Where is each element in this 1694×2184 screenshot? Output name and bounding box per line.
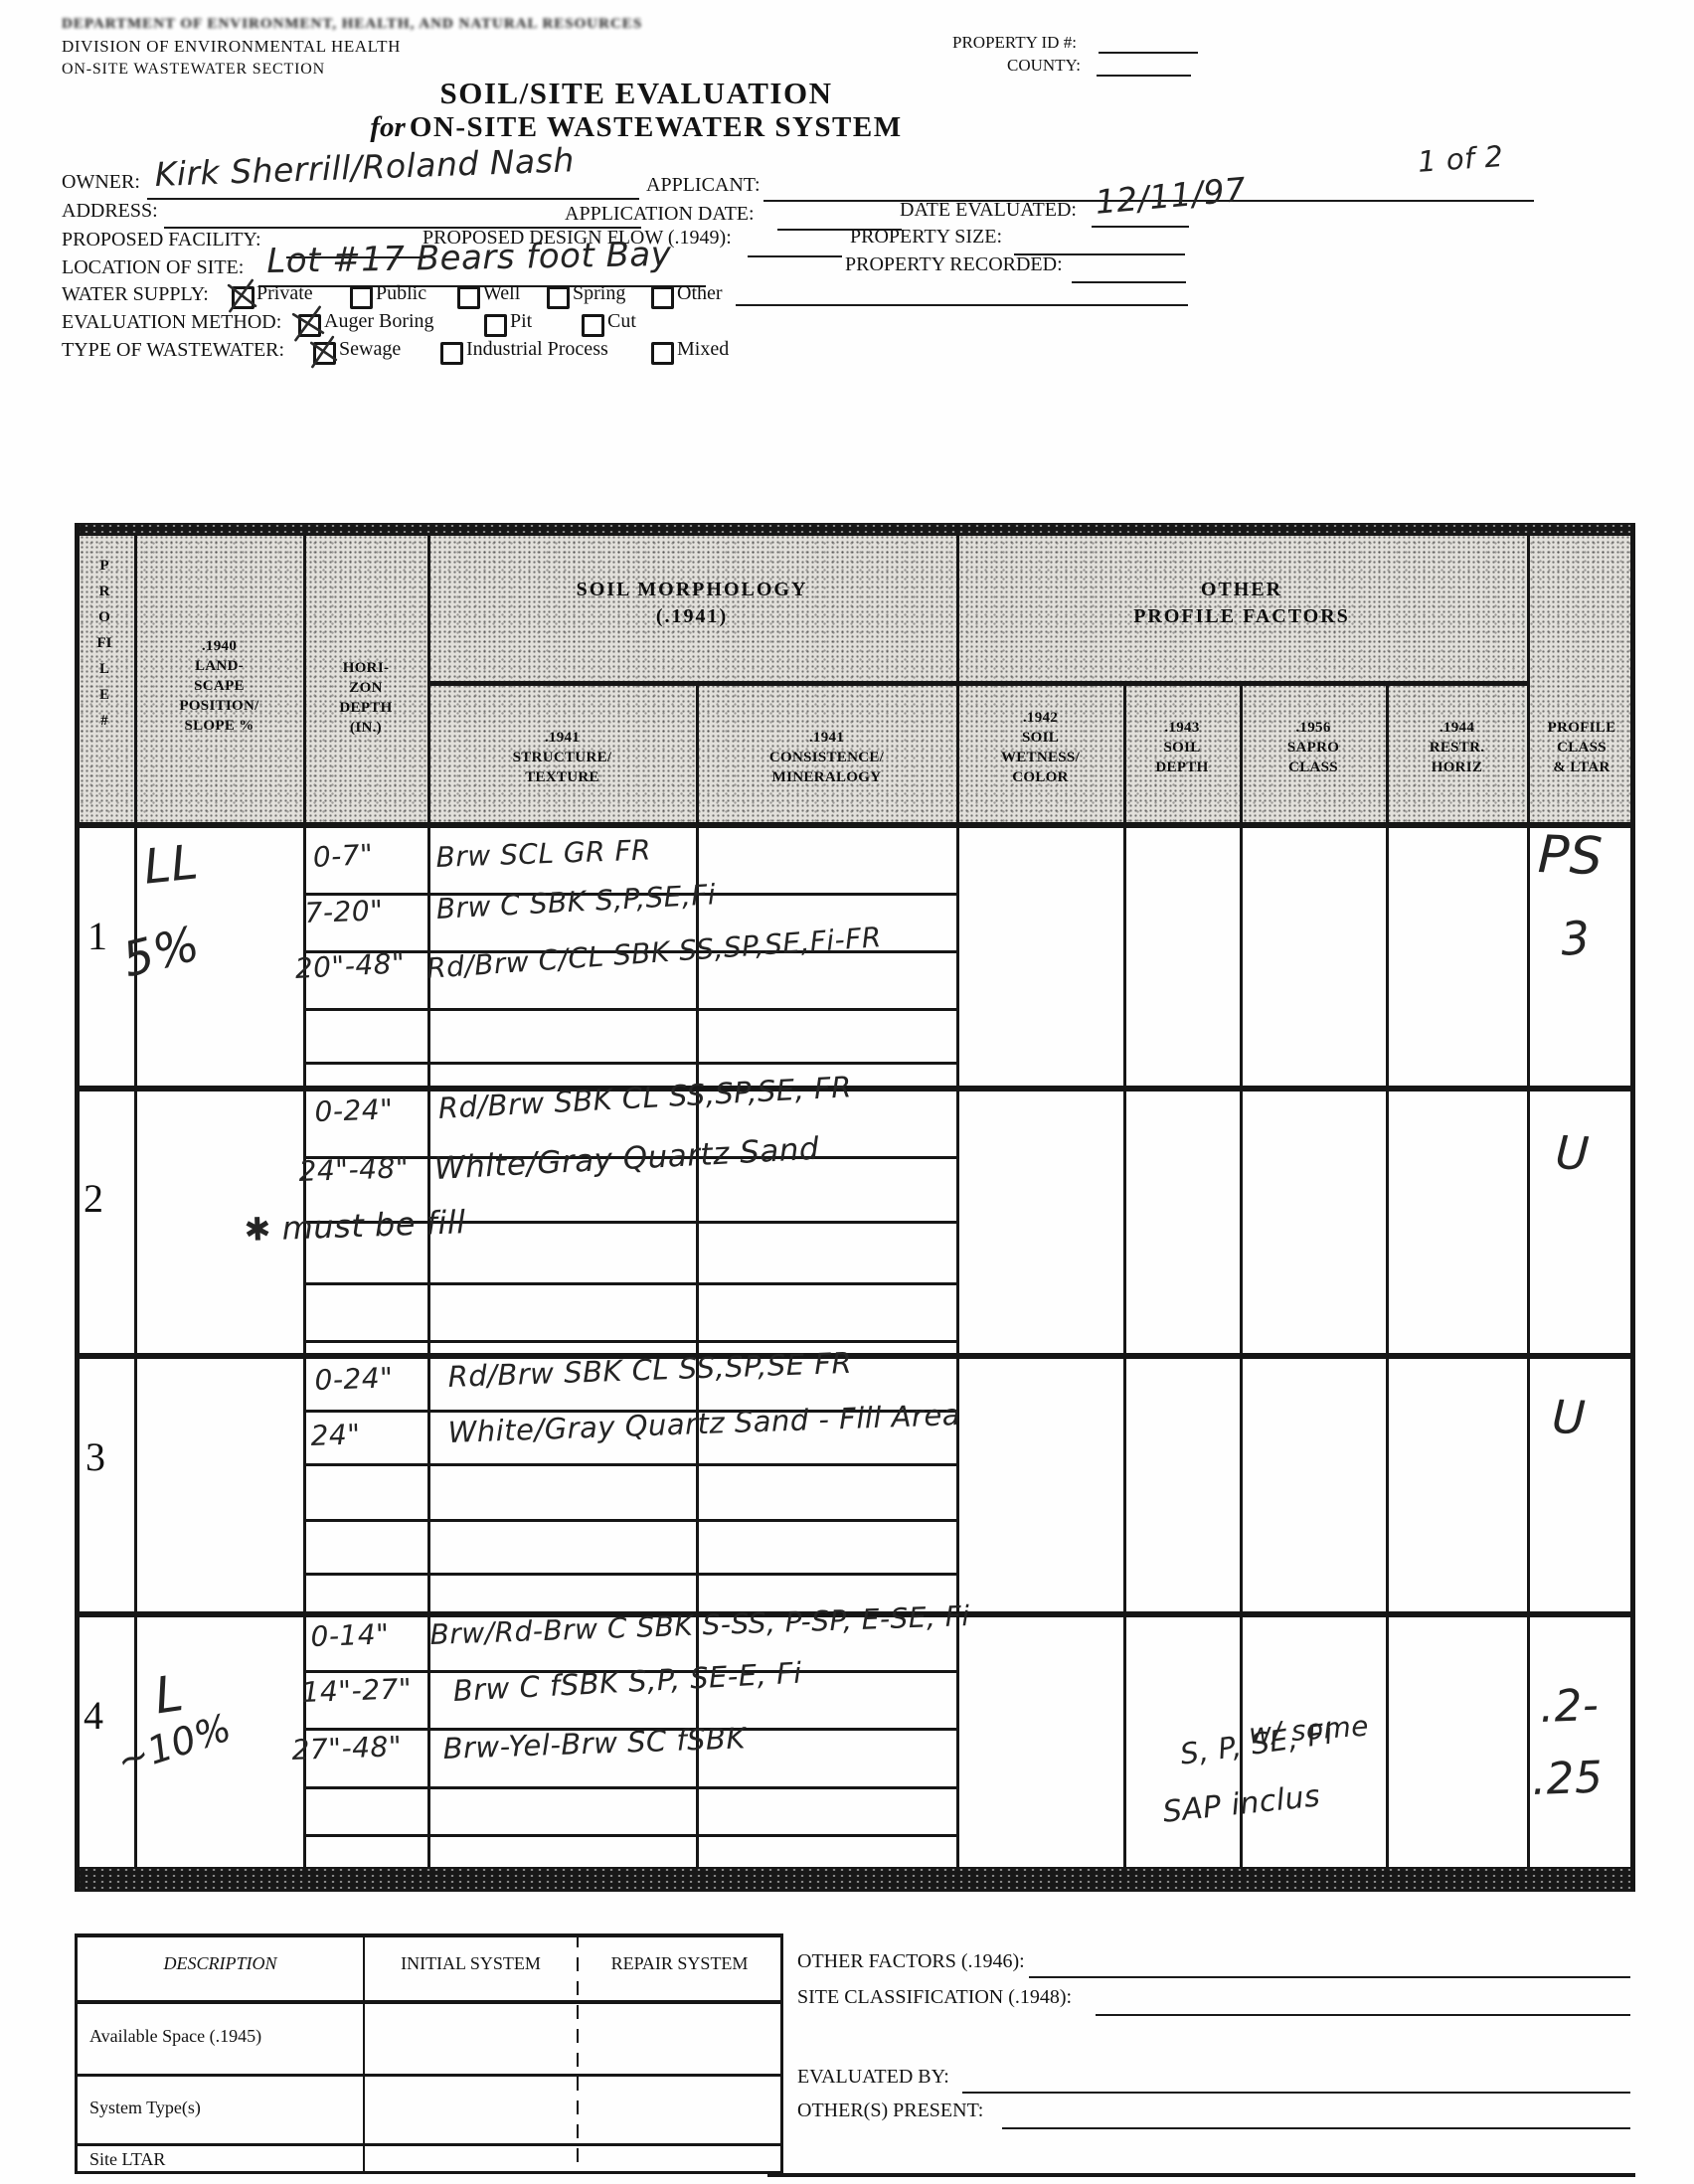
owner-label: OWNER:	[62, 171, 140, 194]
handwritten-soil-note: Brw C SBK S,P,SE,Fi	[435, 878, 717, 925]
grid-line	[303, 1573, 959, 1576]
owner-line[interactable]	[147, 198, 639, 200]
property-recorded-label: PROPERTY RECORDED:	[845, 253, 1063, 276]
location-label: LOCATION OF SITE:	[62, 256, 244, 279]
design-flow-line[interactable]	[748, 255, 842, 257]
division-line: DIVISION OF ENVIRONMENTAL HEALTH	[62, 37, 401, 57]
property-size-label: PROPERTY SIZE:	[850, 226, 1002, 249]
location-line[interactable]	[258, 285, 706, 287]
applicant-label: APPLICANT:	[646, 174, 761, 197]
wastewater-type-label: TYPE OF WASTEWATER:	[62, 339, 284, 362]
form-subtitle: for ON-SITE WASTEWATER SYSTEM	[328, 111, 944, 144]
handwritten-profile-class: U	[1551, 1390, 1587, 1444]
evaluation-method-auger-label: Auger Boring	[324, 310, 434, 333]
handwritten-profile-class: .2-	[1539, 1680, 1600, 1733]
grid-line	[75, 1086, 1635, 1092]
county-line[interactable]	[1097, 75, 1191, 77]
county-label: COUNTY:	[1007, 56, 1081, 76]
grid-line	[75, 1867, 1635, 1892]
grid-line	[1123, 684, 1126, 1867]
water-supply-spring-label: Spring	[573, 282, 625, 305]
handwritten-soil-note: Rd/Brw C/CL SBK SS,SP,SE,Fi-FR	[425, 921, 883, 985]
department-line: DEPARTMENT OF ENVIRONMENT, HEALTH, AND N…	[62, 16, 642, 33]
grid-line	[75, 2143, 783, 2146]
handwritten-fill-note: ✱ must be fill	[244, 1203, 466, 1249]
grid-line	[1386, 684, 1389, 1867]
wastewater-industrial-checkbox[interactable]	[440, 342, 457, 359]
column-header-horizon-depth: HORI- ZON DEPTH (IN.)	[306, 658, 425, 738]
check-x-icon	[222, 275, 260, 314]
scanned-form-page: DEPARTMENT OF ENVIRONMENT, HEALTH, AND N…	[0, 0, 1694, 2184]
water-supply-other-checkbox[interactable]	[651, 286, 668, 303]
form-title: SOIL/SITE EVALUATION	[378, 76, 895, 111]
grid-line	[303, 1463, 959, 1466]
systems-header-description: DESCRIPTION	[78, 1953, 363, 1974]
handwritten-ltar: 3	[1559, 911, 1592, 966]
wastewater-sewage-label: Sewage	[339, 338, 401, 361]
evaluation-method-pit-label: Pit	[510, 310, 532, 333]
water-supply-other-line[interactable]	[736, 304, 1188, 306]
water-supply-label: WATER SUPPLY:	[62, 283, 209, 306]
section-line: ON-SITE WASTEWATER SECTION	[62, 61, 325, 79]
water-supply-public-checkbox[interactable]	[350, 286, 367, 303]
handwritten-horizon-depth: 14"-27"	[301, 1672, 413, 1709]
grid-line	[303, 1786, 959, 1789]
others-present-label: OTHER(S) PRESENT:	[797, 2100, 983, 2122]
date-evaluated-label: DATE EVALUATED:	[900, 199, 1077, 222]
handwritten-soil-note: Brw C fSBK S,P, SE-E, Fi	[452, 1656, 803, 1708]
handwritten-horizon-depth: 0-24"	[314, 1361, 394, 1397]
location-value: Lot #17 Bears foot Bay	[266, 235, 672, 281]
page-number-note: 1 of 2	[1417, 139, 1504, 179]
water-supply-well-checkbox[interactable]	[457, 286, 474, 303]
checkbox-square	[440, 342, 463, 365]
water-supply-private-label: Private	[256, 282, 313, 305]
grid-line	[427, 681, 1530, 686]
grid-line	[75, 1353, 1635, 1359]
form-subtitle-rest: ON-SITE WASTEWATER SYSTEM	[410, 111, 903, 143]
handwritten-ltar: .25	[1531, 1753, 1604, 1805]
water-supply-spring-checkbox[interactable]	[547, 286, 564, 303]
profile-number: 4	[84, 1692, 103, 1739]
site-classification-line[interactable]	[1096, 2014, 1630, 2016]
column-header-structure-texture: .1941 STRUCTURE/ TEXTURE	[430, 728, 694, 787]
handwritten-horizon-depth: 7-20"	[304, 894, 384, 929]
grid-line	[75, 523, 80, 1892]
property-recorded-line[interactable]	[1072, 281, 1186, 283]
grid-line	[75, 523, 1635, 536]
column-header-sapro-class: .1956 SAPRO CLASS	[1243, 718, 1384, 777]
grid-line	[75, 1933, 783, 1937]
grid-line	[303, 1340, 959, 1343]
handwritten-soil-note: Rd/Brw SBK CL SS,SP,SE, FR	[437, 1070, 853, 1125]
systems-row-site-ltar: Site LTAR	[89, 2149, 165, 2170]
water-supply-private-checkbox[interactable]	[232, 286, 249, 303]
grid-line	[303, 1282, 959, 1285]
handwritten-soil-note: Brw/Rd-Brw C SBK S-SS, P-SP, E-SE, Fi	[429, 1599, 970, 1651]
water-supply-well-label: Well	[483, 282, 520, 305]
water-supply-public-label: Public	[376, 282, 426, 305]
site-classification-label: SITE CLASSIFICATION (.1948):	[797, 1986, 1072, 2009]
handwritten-horizon-depth: 27"-48"	[291, 1730, 403, 1766]
systems-header-repair: REPAIR SYSTEM	[579, 1953, 780, 1974]
other-factors-label: OTHER FACTORS (.1946):	[797, 1950, 1025, 1973]
wastewater-industrial-label: Industrial Process	[466, 338, 608, 361]
handwritten-horizon-depth: 0-24"	[314, 1092, 394, 1128]
handwritten-horizon-depth: 20"-48"	[294, 946, 406, 985]
profile-number: 1	[87, 913, 107, 959]
handwritten-soil-note: White/Gray Quartz Sand	[433, 1131, 820, 1187]
wastewater-sewage-checkbox[interactable]	[313, 342, 330, 359]
evaluation-method-label: EVALUATION METHOD:	[62, 311, 281, 334]
grid-line	[75, 2171, 783, 2174]
wastewater-mixed-label: Mixed	[677, 338, 729, 361]
handwritten-horizon-depth: 0-14"	[310, 1617, 390, 1653]
column-header-consistence-mineralogy: .1941 CONSISTENCE/ MINERALOGY	[699, 728, 954, 787]
address-label: ADDRESS:	[62, 200, 158, 223]
grid-line	[1240, 684, 1243, 1867]
group-header-soil-morphology: SOIL MORPHOLOGY (.1941)	[427, 577, 956, 630]
check-x-icon	[303, 331, 342, 370]
proposed-facility-label: PROPOSED FACILITY:	[62, 229, 261, 252]
property-id-label: PROPERTY ID #:	[952, 33, 1077, 53]
column-header-profile-class-ltar: PROFILE CLASS & LTAR	[1530, 718, 1633, 777]
grid-line	[303, 1519, 959, 1522]
checkbox-square	[582, 314, 604, 337]
grid-line	[303, 1008, 959, 1011]
column-header-restrictive-horizon: .1944 RESTR. HORIZ	[1389, 718, 1525, 777]
checkbox-square	[457, 286, 480, 309]
handwritten-landscape-position: LL	[141, 834, 201, 895]
grid-line	[75, 2074, 783, 2077]
grid-line	[780, 1940, 783, 2177]
grid-line	[75, 822, 1635, 828]
handwritten-soil-note: w/ some	[1248, 1710, 1370, 1751]
date-evaluated-value: 12/11/97	[1094, 170, 1248, 222]
handwritten-soil-note: Brw SCL GR FR	[435, 833, 651, 874]
grid-line	[303, 1062, 959, 1065]
form-subtitle-for: for	[370, 111, 405, 143]
group-header-other-profile-factors: OTHER PROFILE FACTORS	[956, 577, 1527, 630]
systems-row-available-space: Available Space (.1945)	[89, 2026, 261, 2047]
grid-line	[75, 2000, 783, 2004]
profile-number: 3	[85, 1433, 105, 1480]
other-factors-line[interactable]	[1029, 1976, 1630, 1978]
handwritten-horizon-depth: 24"-48"	[298, 1151, 410, 1188]
wastewater-mixed-checkbox[interactable]	[651, 342, 668, 359]
checkbox-square	[651, 342, 674, 365]
systems-row-system-types: System Type(s)	[89, 2098, 201, 2118]
column-header-soil-wetness: .1942 SOIL WETNESS/ COLOR	[959, 708, 1121, 787]
owner-value: Kirk Sherrill/Roland Nash	[154, 140, 575, 194]
handwritten-soil-note: White/Gray Quartz Sand - Fill Area	[447, 1398, 961, 1449]
systems-header-initial: INITIAL SYSTEM	[365, 1953, 577, 1974]
grid-line	[303, 1834, 959, 1837]
property-id-line[interactable]	[1099, 52, 1198, 54]
water-supply-other-label: Other	[677, 282, 723, 305]
others-present-line[interactable]	[1002, 2127, 1630, 2129]
column-header-soil-depth: .1943 SOIL DEPTH	[1126, 718, 1238, 777]
evaluated-by-line[interactable]	[962, 2092, 1630, 2094]
checkbox-square	[547, 286, 570, 309]
handwritten-profile-class: PS	[1537, 825, 1604, 887]
profile-number: 2	[84, 1175, 103, 1222]
handwritten-profile-class: U	[1554, 1125, 1591, 1181]
handwritten-horizon-depth: 24"	[310, 1418, 361, 1452]
handwritten-landscape-position: L	[151, 1664, 187, 1725]
checkbox-square	[350, 286, 373, 309]
evaluation-method-cut-label: Cut	[607, 310, 636, 333]
column-header-profile-number: PROFILE#	[96, 553, 112, 734]
handwritten-slope: 5%	[117, 916, 205, 988]
evaluation-method-cut-checkbox[interactable]	[582, 314, 598, 331]
date-evaluated-line[interactable]	[1092, 226, 1189, 228]
evaluation-method-pit-checkbox[interactable]	[484, 314, 501, 331]
checkbox-square	[651, 286, 674, 309]
column-header-landscape: .1940 LAND- SCAPE POSITION/ SLOPE %	[137, 636, 301, 736]
evaluated-by-label: EVALUATED BY:	[797, 2066, 949, 2089]
handwritten-horizon-depth: 0-7"	[312, 838, 374, 874]
application-date-label: APPLICATION DATE:	[565, 203, 755, 226]
evaluation-method-auger-checkbox[interactable]	[298, 314, 315, 331]
grid-line	[767, 2173, 1635, 2177]
checkbox-square	[484, 314, 507, 337]
